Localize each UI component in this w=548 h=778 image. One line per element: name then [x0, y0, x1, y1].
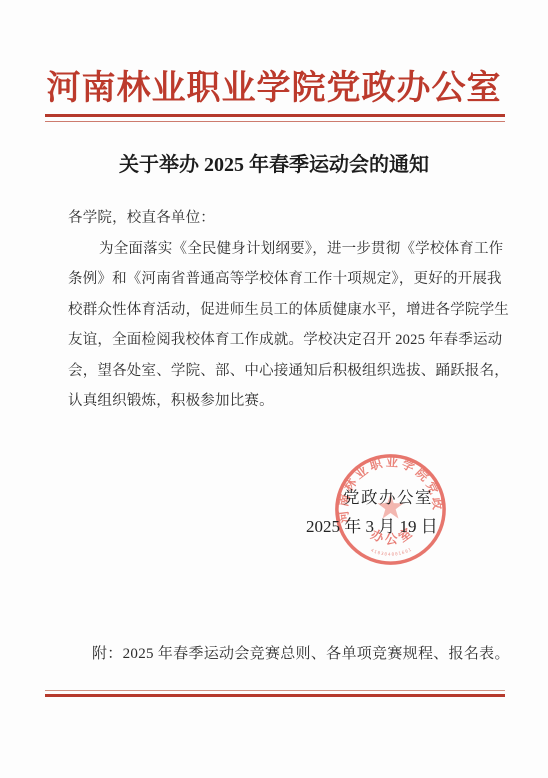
notice-title: 关于举办 2025 年春季运动会的通知: [0, 148, 548, 177]
official-seal-graphic: 河南林业职业学院党政 办公室 4103040016015: [333, 452, 448, 567]
signature-name: 党政办公室: [343, 484, 433, 508]
body-line: 条例》和《河南省普通高等学校体育工作十项规定》，更好的开展我: [68, 264, 488, 295]
salutation: 各学院，校直各单位：: [68, 203, 488, 234]
body-line: 校群众性体育活动，促进师生员工的体质健康水平，增进各学院学生: [68, 295, 488, 326]
body-line: 为全面落实《全民健身计划纲要》，进一步贯彻《学校体育工作: [68, 234, 488, 265]
notice-body: 各学院，校直各单位： 为全面落实《全民健身计划纲要》，进一步贯彻《学校体育工作 …: [68, 203, 488, 417]
body-line: 认真组织锻炼，积极参加比赛。: [68, 386, 488, 417]
document-page: 河南林业职业学院党政办公室 关于举办 2025 年春季运动会的通知 各学院，校直…: [0, 0, 548, 778]
official-seal: 河南林业职业学院党政 办公室 4103040016015: [333, 452, 448, 567]
footer-rule-thick: [45, 694, 505, 697]
body-line: 会，望各处室、学院、部、中心接通知后积极组织选拔、踊跃报名，: [68, 356, 488, 387]
signature-date: 2025 年 3 月 19 日: [306, 512, 438, 537]
letterhead-rule: [45, 114, 505, 122]
attachment-note: 附：2025 年春季运动会竞赛总则、各单项竞赛规程、报名表。: [92, 642, 510, 663]
letterhead-title: 河南林业职业学院党政办公室: [0, 60, 548, 109]
body-line: 友谊，全面检阅我校体育工作成就。学校决定召开 2025 年春季运动: [68, 325, 488, 356]
footer-rule: [45, 690, 505, 697]
letterhead-rule-thin: [45, 121, 505, 122]
